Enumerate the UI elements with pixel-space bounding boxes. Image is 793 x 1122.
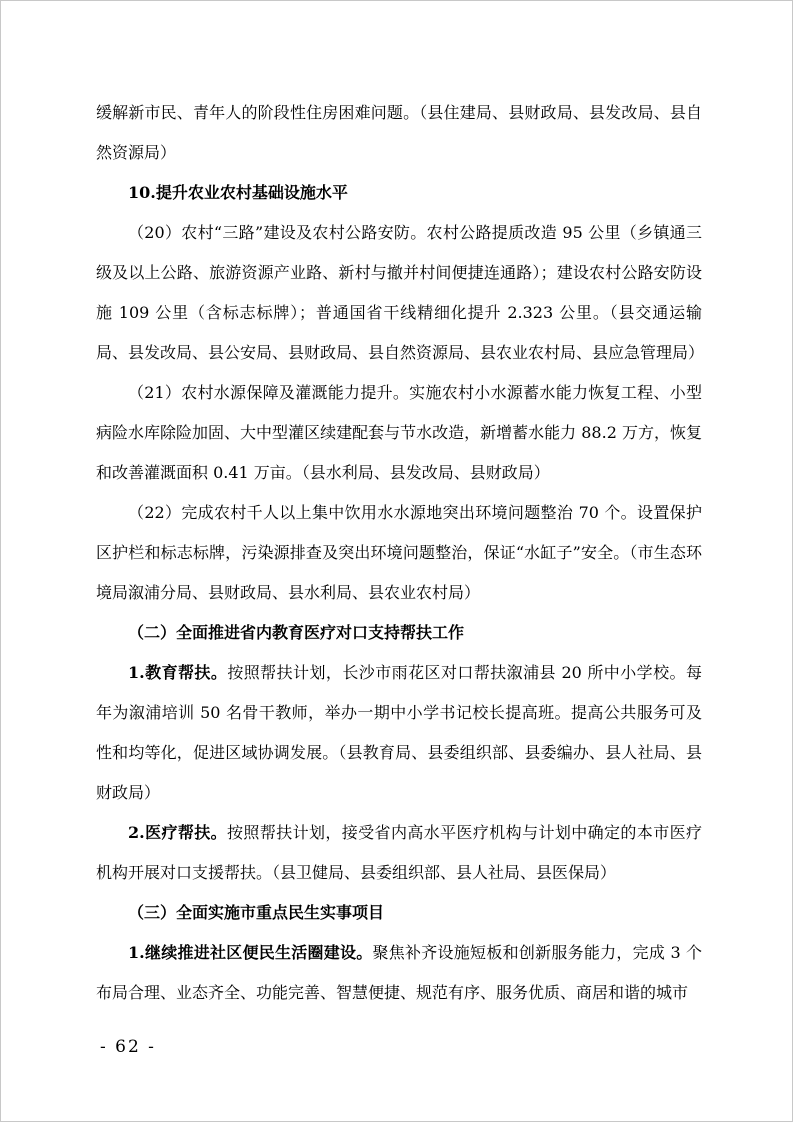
bold-text-run: 10.提升农业农村基础设施水平 <box>128 183 348 202</box>
paragraph-continuation-housing: 缓解新市民、青年人的阶段性住房困难问题。（县住建局、县财政局、县发改局、县自然资… <box>96 93 702 173</box>
page-number: - 62 - <box>100 1033 156 1061</box>
text-run: 缓解新市民、青年人的阶段性住房困难问题。（县住建局、县财政局、县发改局、县自然资… <box>96 103 702 162</box>
bold-text-run: （二）全面推进省内教育医疗对口支持帮扶工作 <box>128 623 464 642</box>
text-run: （21）农村水源保障及灌溉能力提升。实施农村小水源蓄水能力恢复工程、小型病险水库… <box>96 383 702 482</box>
paragraph-item-21: （21）农村水源保障及灌溉能力提升。实施农村小水源蓄水能力恢复工程、小型病险水库… <box>96 373 702 493</box>
paragraph-education-support: 1.教育帮扶。按照帮扶计划，长沙市雨花区对口帮扶溆浦县 20 所中小学校。每年为… <box>96 653 702 813</box>
bold-text-run: 2.医疗帮扶。 <box>128 823 227 842</box>
bold-text-run: （三）全面实施市重点民生实事项目 <box>128 903 384 922</box>
document-body: 缓解新市民、青年人的阶段性住房困难问题。（县住建局、县财政局、县发改局、县自然资… <box>96 93 702 1013</box>
bold-text-run: 1.教育帮扶。 <box>128 663 227 682</box>
paragraph-medical-support: 2.医疗帮扶。按照帮扶计划，接受省内高水平医疗机构与计划中确定的本市医疗机构开展… <box>96 813 702 893</box>
document-page: 缓解新市民、青年人的阶段性住房困难问题。（县住建局、县财政局、县发改局、县自然资… <box>0 0 793 1122</box>
paragraph-community-life-circle: 1.继续推进社区便民生活圈建设。聚焦补齐设施短板和创新服务能力，完成 3 个布局… <box>96 933 702 1013</box>
text-run: （22）完成农村千人以上集中饮用水水源地突出环境问题整治 70 个。设置保护区护… <box>96 503 702 602</box>
text-run: （20）农村“三路”建设及农村公路安防。农村公路提质改造 95 公里（乡镇通三级… <box>96 223 704 362</box>
paragraph-item-20: （20）农村“三路”建设及农村公路安防。农村公路提质改造 95 公里（乡镇通三级… <box>96 213 702 373</box>
heading-section-3: （三）全面实施市重点民生实事项目 <box>96 893 702 933</box>
text-run: 按照帮扶计划，长沙市雨花区对口帮扶溆浦县 20 所中小学校。每年为溆浦培训 50… <box>96 663 702 802</box>
bold-text-run: 1.继续推进社区便民生活圈建设。 <box>128 943 373 962</box>
heading-section-2: （二）全面推进省内教育医疗对口支持帮扶工作 <box>96 613 702 653</box>
heading-item-10: 10.提升农业农村基础设施水平 <box>96 173 702 213</box>
paragraph-item-22: （22）完成农村千人以上集中饮用水水源地突出环境问题整治 70 个。设置保护区护… <box>96 493 702 613</box>
